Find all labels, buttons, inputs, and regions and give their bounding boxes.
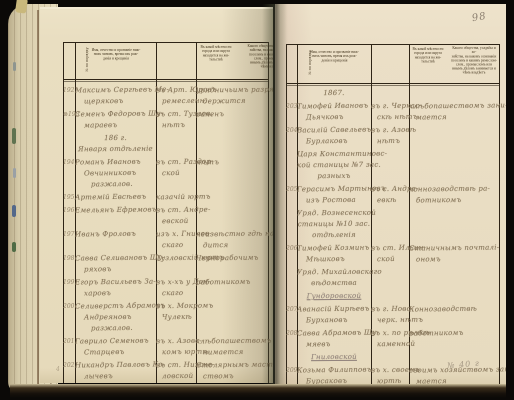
entry-number: 201 <box>63 336 75 347</box>
handwritten-line: разныхъ <box>297 171 371 183</box>
header-line: денія и крещенія <box>299 58 370 62</box>
handwritten-line: Уряд. Вознесенской <box>297 208 371 220</box>
entry-number: 196 <box>63 205 75 216</box>
entry-note: Столярнымъ мастер-ствомъ <box>196 360 266 382</box>
handwritten-line: Романъ Ивановъ <box>75 157 156 169</box>
handwritten-line: Тузловскій юртъ <box>156 253 196 264</box>
handwritten-line: работникомъ <box>409 327 497 339</box>
entry-number: 197 <box>63 229 75 240</box>
entry-number: ⊗193 <box>63 109 75 120</box>
handwritten-line: хлѣбопашествомъ за- <box>196 336 266 348</box>
entry-name: Тимофей КозминъМѣшковъ <box>297 243 371 265</box>
handwritten-line: въ ст. Ильин- <box>371 243 409 254</box>
section-heading-row: Гундоровской <box>286 291 499 302</box>
handwritten-line: Тимофей Козминъ <box>297 243 371 255</box>
header-bottom-rule <box>63 79 269 80</box>
edge-speck-green <box>12 242 16 252</box>
entry-name: Никандръ Павловъ Ко-лычевъ <box>75 360 156 382</box>
handwritten-line: харовъ <box>84 288 156 300</box>
entry-note: Коннозаводствѣ <box>409 304 497 315</box>
header-occupation-column: Какого общества, усадьбы и хо-зяйства, н… <box>237 44 273 78</box>
handwritten-line: Овчинниковъ <box>84 168 156 180</box>
book-photo: № по порядку Имя, отчество и прозваніе н… <box>0 0 514 400</box>
handwritten-line: нѣтъ <box>162 120 196 131</box>
handwritten-line: въ х-хъ у Дон- <box>156 277 196 288</box>
entry-place: въ х. Азовс-комъ юртѣ <box>156 336 196 358</box>
ledger-entry: 200Селиверстъ АбрамовъАндреяновъразжалов… <box>63 301 269 334</box>
entry-note: нѣтъ <box>196 157 266 168</box>
ledger-entry: 203Тимофей ИвановъДьячковъвъ г. Черкас-с… <box>286 101 499 123</box>
handwritten-line: Дьячковъ <box>306 112 371 124</box>
header-line: тельствѣ <box>197 57 235 61</box>
entry-note: раненъ <box>196 109 266 120</box>
handwritten-line: ской <box>162 168 196 179</box>
entry-name: Тимофей ИвановъДьячковъ <box>297 101 371 123</box>
entry-number: 207 <box>286 304 297 315</box>
handwritten-line: Иванъ Фроловъ <box>75 229 156 241</box>
section-heading: Уряд. Михайловскаговѣдомства <box>297 267 371 289</box>
handwritten-line: въ ст. Андре- <box>156 205 196 216</box>
handwritten-line: въ х. по рѣчкѣ <box>371 328 409 339</box>
handwritten-line: нѣтъ <box>377 136 409 147</box>
handwritten-line: ряховъ <box>84 264 156 276</box>
handwritten-line: держится <box>203 96 266 108</box>
handwritten-line: казачій юртъ <box>156 192 196 203</box>
handwritten-line: неизвѣстно гдѣ нахо- <box>196 229 266 241</box>
handwritten-line: въ ст. Тузлов. <box>156 109 196 120</box>
entry-number: 194 <box>63 157 75 168</box>
entry-name: Артемій Евсѣевъ <box>75 192 156 203</box>
handwritten-line: Чулекѣ <box>162 312 196 323</box>
handwritten-line: Егоръ Васильевъ За- <box>75 277 156 289</box>
book-bottom-edge <box>10 384 506 398</box>
handwritten-line: Емельянъ Ефремовъ <box>75 205 156 217</box>
handwritten-line: ловской <box>162 371 196 382</box>
entry-note: Чернорабочимъ <box>196 253 266 264</box>
ledger-entry: 204Василій СавельевъБурлаковъвъ г. Азовѣ… <box>286 125 499 147</box>
section-heading: Гниловской <box>297 352 371 363</box>
handwritten-line: отдѣленія <box>297 230 371 242</box>
ledger-entry: 196Емельянъ Ефремовъвъ ст. Андре-евской <box>63 205 269 227</box>
handwritten-line: Бурлаковъ <box>306 136 371 148</box>
handwritten-line: ономъ <box>416 254 497 266</box>
handwritten-line: Бурхановъ <box>306 315 371 327</box>
handwritten-line: Максимъ Сергѣевъ Ме- <box>75 85 156 97</box>
handwritten-line: Мѣшковъ <box>306 254 371 266</box>
entry-name: Савва Абрамовъ Шу-мяевъ <box>297 328 371 350</box>
section-heading-row: Уряд. Вознесенскойстаницы №10 зас.отдѣле… <box>286 208 499 241</box>
entry-number: 199 <box>63 277 75 288</box>
handwritten-line: ремесленн. <box>162 96 196 107</box>
ledger-entry: 207Аѳанасій КирѣевъБурхановъвъ г. Ново-ч… <box>286 304 499 326</box>
section-heading: Гундоровской <box>297 291 371 302</box>
entry-name: Василій СавельевъБурлаковъ <box>297 125 371 147</box>
ledger-entry: 206Тимофей КозминъМѣшковъвъ ст. Ильин-ск… <box>286 243 499 265</box>
entry-place: казачій юртъ <box>156 192 196 203</box>
handwritten-line: Января отдѣленіе <box>75 144 156 156</box>
handwritten-line: Савва Селивановъ Шу- <box>75 253 156 265</box>
handwritten-line: въ ст. Нижне- <box>156 360 196 371</box>
ledger-entry: 199Егоръ Васильевъ За-харовъвъ х-хъ у До… <box>63 277 269 299</box>
entry-number: 205 <box>286 184 297 195</box>
entry-number: 192 <box>63 85 75 96</box>
handwritten-line: ской <box>377 254 409 265</box>
handwritten-line: нѣтъ <box>196 157 266 169</box>
handwritten-line: Семенъ Федоровъ Шу- <box>75 109 156 121</box>
section-heading: 186 г.Января отдѣленіе <box>75 133 156 155</box>
entry-name: Егоръ Васильевъ За-харовъ <box>75 277 156 299</box>
edge-speck-gray <box>13 62 16 71</box>
handwritten-line: щеряковъ <box>84 96 156 108</box>
section-heading-row: 1867. <box>286 88 499 99</box>
header-line: чѣмъ владѣетъ <box>237 64 273 68</box>
header-line: Какого общества, усадьбы и хо- <box>450 46 498 54</box>
handwritten-line: раненъ <box>196 109 266 121</box>
handwritten-line: мается <box>416 112 497 124</box>
entry-note: урядничьимъ разрядомъ со-держится <box>196 85 266 107</box>
entry-name: Аѳанасій КирѣевъБурхановъ <box>297 304 371 326</box>
entry-number: 195 <box>63 192 75 203</box>
handwritten-line: въ ст. Раздор- <box>156 157 196 168</box>
entry-place: въ ст. Ильин-ской <box>371 243 409 265</box>
entry-number: 202 <box>63 360 75 371</box>
header-line: денія и крещенія <box>77 56 155 60</box>
handwritten-line: изъ х. Гнилов- <box>156 229 196 240</box>
ledger-entry: 194Романъ ИвановъОвчинниковъразжалов.въ … <box>63 157 269 190</box>
entry-name: Гаврило СеменовъСтарцевъ <box>75 336 156 358</box>
section-heading: Царя Константиновс-кой станицы №7 зас.ра… <box>297 149 371 182</box>
header-bottom-rule2 <box>63 81 269 82</box>
section-heading: Уряд. Вознесенскойстаницы №10 зас.отдѣле… <box>297 208 371 241</box>
corner-mark: 4 <box>56 366 60 373</box>
edge-speck-green <box>12 128 16 144</box>
handwritten-line: Уряд. Михайловскаго <box>297 267 371 279</box>
right-page-entries: 1867.203Тимофей ИвановъДьячковъвъ г. Чер… <box>286 88 499 386</box>
header-line: чѣмъ владѣетъ <box>450 70 498 74</box>
entry-name: Герасимъ Мартыновъизъ Ростова <box>297 184 371 206</box>
handwritten-line: скѣ нѣтъ <box>377 112 409 123</box>
handwritten-line: мяевъ <box>306 339 371 351</box>
entry-number: 206 <box>286 243 297 254</box>
handwritten-line: Артемій Евсѣевъ <box>75 192 156 204</box>
handwritten-line: Гундоровской <box>297 291 371 303</box>
handwritten-line: Царя Константиновс- <box>297 149 371 161</box>
handwritten-line: каменной <box>377 339 409 350</box>
handwritten-line: Старцевъ <box>84 347 156 359</box>
entry-name: Максимъ Сергѣевъ Ме-щеряковъ <box>75 85 156 107</box>
handwritten-line: Савва Абрамовъ Шу- <box>297 328 371 340</box>
entry-note: Станичнымъ почталі-ономъ <box>409 243 497 265</box>
handwritten-line: черк. нѣтъ <box>377 315 409 326</box>
left-page-entries: 192Максимъ Сергѣевъ Ме-щеряковъвъ Арт. Ю… <box>63 85 269 381</box>
entry-place: въ ст. Андре-евской <box>156 205 196 227</box>
handwritten-line: въ г. Черкас- <box>371 101 409 112</box>
entry-place: въ ст. Нижне-ловской <box>156 360 196 382</box>
handwritten-line: лычевъ <box>84 371 156 383</box>
handwritten-line: Тимофей Ивановъ <box>297 101 371 113</box>
section-heading-row: Уряд. Михайловскаговѣдомства <box>286 267 499 289</box>
entry-note: хлѣбопашествомъ за-нимается <box>196 336 266 358</box>
entry-number: 209 <box>286 365 297 376</box>
handwritten-line: въ х. Азовс- <box>156 336 196 347</box>
handwritten-line: ствомъ <box>203 371 266 383</box>
handwritten-line: въ г. Азовѣ <box>371 125 409 136</box>
handwritten-line: урядничьимъ разрядомъ со- <box>196 85 266 97</box>
handwritten-line: 186 г. <box>75 133 156 145</box>
handwritten-line: Аѳанасій Кирѣевъ <box>297 304 371 316</box>
handwritten-line: въ х. своемъ <box>371 365 409 376</box>
page-edge-line <box>37 10 39 388</box>
entry-number: 208 <box>286 328 297 339</box>
ledger-entry: 201Гаврило СеменовъСтарцевъвъ х. Азовс-к… <box>63 336 269 358</box>
header-bottom-rule2 <box>286 85 499 86</box>
handwritten-line: Андреяновъ <box>84 312 156 324</box>
handwritten-line: евкѣ <box>377 195 409 206</box>
ledger-entry: 208Савва Абрамовъ Шу-мяевъвъ х. по рѣчкѣ… <box>286 328 499 350</box>
section-heading-row: 186 г.Января отдѣленіе <box>63 133 269 155</box>
handwritten-line: мараевъ <box>84 120 156 132</box>
handwritten-line: 1867. <box>297 88 371 100</box>
entry-name: Романъ ИвановъОвчинниковъразжалов. <box>75 157 156 190</box>
entry-place: изъ х. Гнилов-скаго <box>156 229 196 251</box>
handwritten-line: ботникомъ <box>416 195 497 207</box>
header-place-column: Въ какой мѣстностигорода или округанаход… <box>197 45 235 78</box>
edge-tab <box>15 0 28 14</box>
entry-number: 204 <box>286 125 297 136</box>
header-name-column: Имя, отчество и прозваніе ниж-нихъ чинов… <box>299 50 370 82</box>
handwritten-line: скаго <box>162 240 196 251</box>
entry-name: Иванъ Фроловъ <box>75 229 156 240</box>
handwritten-line: работникомъ <box>196 277 266 289</box>
header-place-column: Въ какой мѣстностигорода или округанаход… <box>410 47 446 82</box>
ledger-entry: 205Герасимъ Мартыновъизъ Ростовавъ с. Ан… <box>286 184 499 206</box>
handwritten-line: станицы №10 зас. <box>297 219 371 231</box>
ledger-entry: 197Иванъ Фроловъизъ х. Гнилов-скагонеизв… <box>63 229 269 251</box>
entry-place: въ х-хъ у Дон-скаго <box>156 277 196 299</box>
table-top-rule <box>286 44 499 45</box>
edge-speck-blue <box>12 205 16 217</box>
table-top-rule <box>63 42 269 43</box>
handwritten-line: разжалов. <box>91 179 156 191</box>
ledger-entry: 192Максимъ Сергѣевъ Ме-щеряковъвъ Арт. Ю… <box>63 85 269 107</box>
right-page: № по порядку Имя, отчество и прозваніе н… <box>275 4 506 388</box>
header-name-column: Имя, отчество и прозваніе ниж-нихъ чинов… <box>77 48 155 78</box>
entry-note: работникомъ <box>409 328 497 339</box>
section-heading-row: Царя Константиновс-кой станицы №7 зас.ра… <box>286 149 499 182</box>
entry-place: въ с. Андре-евкѣ <box>371 184 409 206</box>
handwritten-line: Василій Савельевъ <box>297 125 371 137</box>
entry-place: въ х. по рѣчкѣкаменной <box>371 328 409 350</box>
handwritten-line: изъ Ростова <box>306 195 371 207</box>
handwritten-line: разжалов. <box>91 323 156 335</box>
handwritten-line: Никандръ Павловъ Ко- <box>75 360 156 372</box>
folio-number: 98 <box>471 11 487 24</box>
entry-name: Савва Селивановъ Шу-ряховъ <box>75 253 156 275</box>
handwritten-line: Столярнымъ мастер- <box>196 360 266 372</box>
header-occupation-column: Какого общества, усадьбы и хо-зяйства, н… <box>450 46 498 82</box>
handwritten-line: евской <box>162 216 196 227</box>
handwritten-line: кой станицы №7 зас. <box>297 160 371 172</box>
entry-place: въ х. МокромъЧулекѣ <box>156 301 196 323</box>
handwritten-line: Гаврило Семеновъ <box>75 336 156 348</box>
handwritten-line: Герасимъ Мартыновъ <box>297 184 371 196</box>
handwritten-line: Козьма Филипповъ <box>297 365 371 377</box>
entry-number: 203 <box>286 101 297 112</box>
handwritten-line: Селиверстъ Абрамовъ <box>75 301 156 313</box>
entry-place: въ г. Ново-черк. нѣтъ <box>371 304 409 326</box>
entry-note: неизвѣстно гдѣ нахо-дится <box>196 229 266 251</box>
entry-name: Селиверстъ АбрамовъАндреяновъразжалов. <box>75 301 156 334</box>
handwritten-line: въ г. Ново- <box>371 304 409 315</box>
table-right-rule <box>499 44 500 388</box>
entry-number: 198 <box>63 253 75 264</box>
entry-note: коннозаводствѣ ра-ботникомъ <box>409 184 497 206</box>
handwritten-line: вѣдомства <box>297 278 371 290</box>
ledger-entry: ⊗193Семенъ Федоровъ Шу-мараевъвъ ст. Туз… <box>63 109 269 131</box>
entry-name: Семенъ Федоровъ Шу-мараевъ <box>75 109 156 131</box>
edge-speck-gray <box>13 168 16 178</box>
handwritten-line: въ Арт. Юровъ <box>156 85 196 96</box>
ledger-entry: 198Савва Селивановъ Шу-ряховъТузловскій … <box>63 253 269 275</box>
entry-place: въ ст. Раздор-ской <box>156 157 196 179</box>
entry-note: работникомъ <box>196 277 266 288</box>
left-page: № по порядку Имя, отчество и прозваніе н… <box>40 9 273 383</box>
ledger-entry: 202Никандръ Павловъ Ко-лычевъвъ ст. Нижн… <box>63 360 269 382</box>
handwritten-line: скаго <box>162 288 196 299</box>
ledger-entry: 195Артемій Евсѣевъказачій юртъ <box>63 192 269 203</box>
handwritten-line: Коннозаводствѣ <box>409 303 497 315</box>
handwritten-line: Гниловской <box>297 352 371 364</box>
section-heading: 1867. <box>297 88 371 99</box>
handwritten-line: въ х. Мокромъ <box>156 301 196 312</box>
handwritten-line: дится <box>203 240 266 252</box>
header-line: тельствѣ <box>410 59 446 63</box>
entry-name: Емельянъ Ефремовъ <box>75 205 156 216</box>
handwritten-line: въ с. Андре- <box>371 184 409 195</box>
entry-place: въ Арт. Юровъремесленн. <box>156 85 196 107</box>
entry-place: въ г. Черкас-скѣ нѣтъ <box>371 101 409 123</box>
entry-place: въ г. Азовѣнѣтъ <box>371 125 409 147</box>
entry-note: хлѣбопашествомъ зани-мается <box>409 101 497 123</box>
handwritten-line: Чернорабочимъ <box>196 253 266 265</box>
entry-place: въ ст. Тузлов.нѣтъ <box>156 109 196 131</box>
handwritten-line: нимается <box>203 347 266 359</box>
entry-number: 200 <box>63 301 75 312</box>
header-bottom-rule <box>286 83 499 84</box>
entry-place: Тузловскій юртъ <box>156 253 196 264</box>
handwritten-line: комъ юртѣ <box>162 347 196 358</box>
